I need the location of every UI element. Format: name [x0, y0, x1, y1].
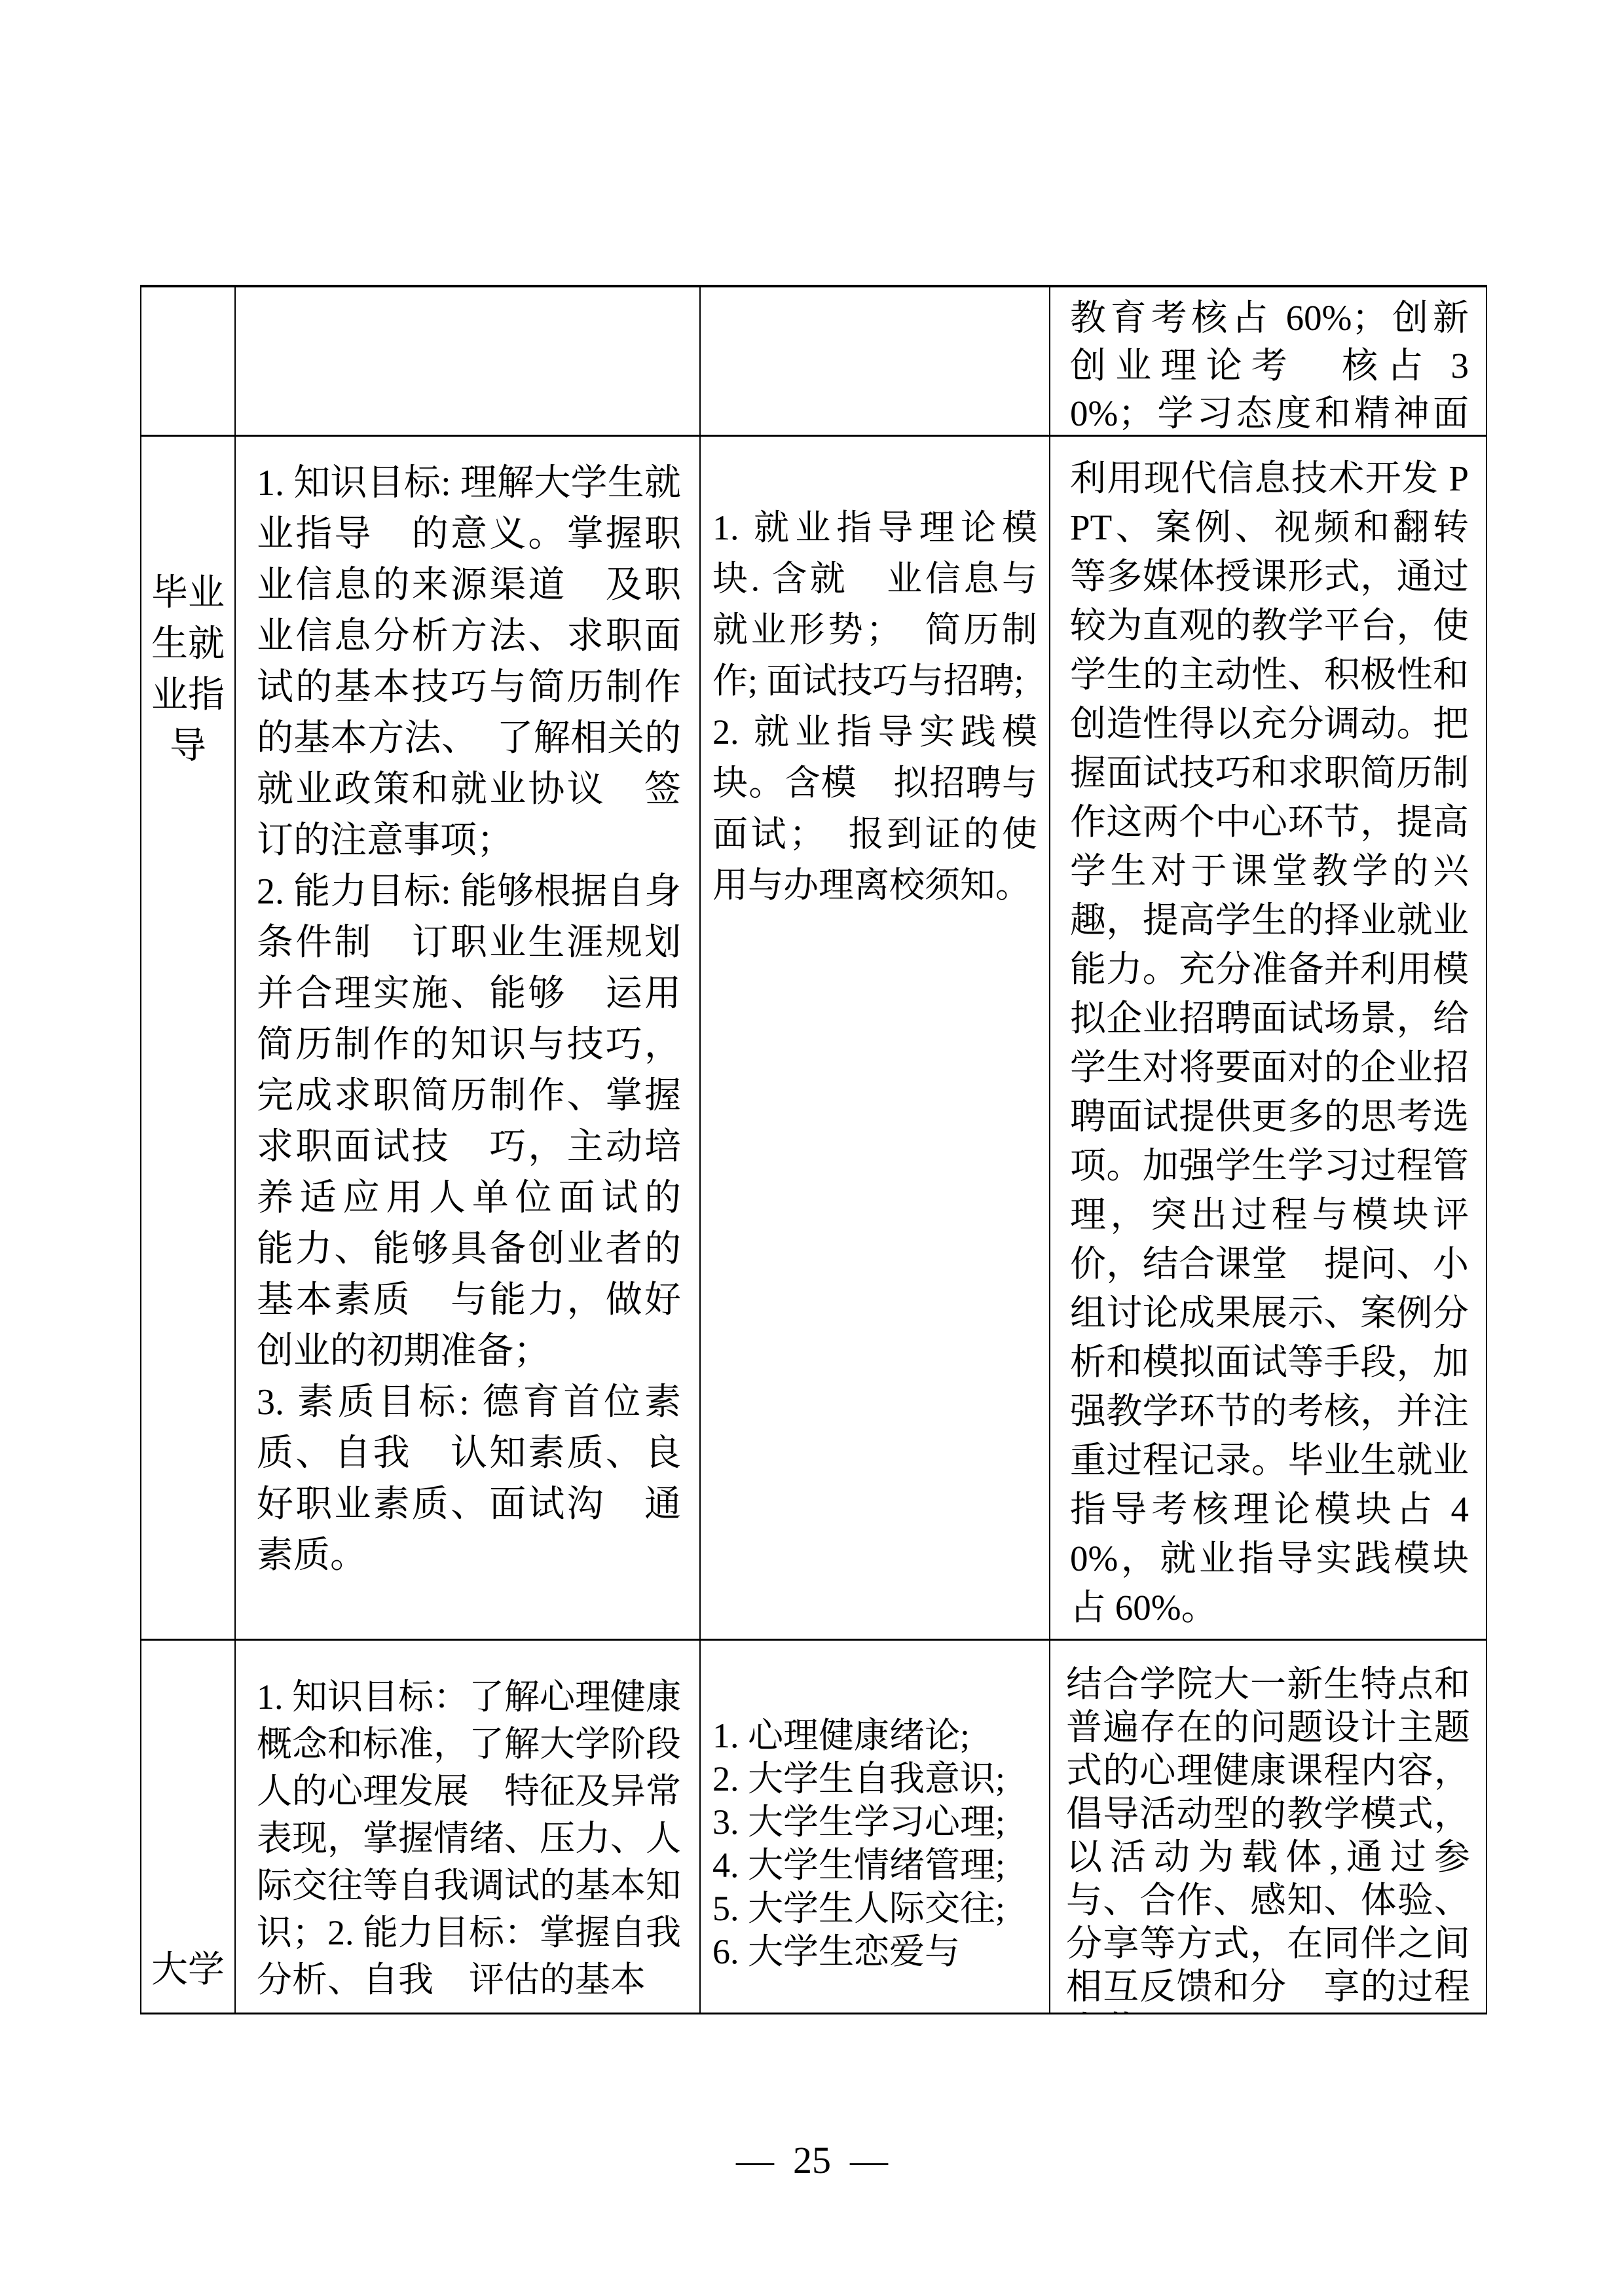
- cell-text: 教育考核占 60%；创新创业理论考 核占 30%；学习态度和精神面貌 占 10%…: [1050, 287, 1486, 437]
- cell-text: 结合学院大一新生特点和普遍存在的问题设计主题式的心理健康课程内容，倡导活动型的教…: [1050, 1641, 1486, 2014]
- document-page: { "page_number": "— 25 —", "table": { "r…: [0, 0, 1624, 2296]
- cell-text: 1. 心理健康绪论; 2. 大学生自我意识; 3. 大学生学习心理; 4. 大学…: [701, 1641, 1049, 1973]
- page-number: — 25 —: [0, 2138, 1624, 2182]
- cell-text: 1. 知识目标: 理解大学生就业指导 的意义。掌握职业信息的来源渠道 及职业信息…: [236, 437, 699, 1581]
- table-cell-row1-modules: [701, 287, 1050, 437]
- cell-text: 1. 知识目标：了解心理健康概念和标准，了解大学阶段人的心理发展 特征及异常表现…: [236, 1641, 699, 2003]
- table-cell-row1-methods: 教育考核占 60%；创新创业理论考 核占 30%；学习态度和精神面貌 占 10%…: [1050, 287, 1487, 437]
- course-name-label: 毕业生就业指导: [141, 437, 234, 772]
- course-name-label: 大学: [141, 1641, 234, 1995]
- table-cell-row1-objectives: [236, 287, 701, 437]
- table-cell-row1-course: [141, 287, 236, 437]
- table-cell-row3-methods: 结合学院大一新生特点和普遍存在的问题设计主题式的心理健康课程内容，倡导活动型的教…: [1050, 1641, 1487, 2014]
- table-cell-row2-methods: 利用现代信息技术开发 PPT、案例、视频和翻转等多媒体授课形式，通过较为直观的教…: [1050, 437, 1487, 1641]
- table-cell-row2-objectives: 1. 知识目标: 理解大学生就业指导 的意义。掌握职业信息的来源渠道 及职业信息…: [236, 437, 701, 1641]
- table-cell-row3-course: 大学: [141, 1641, 236, 2014]
- cell-text: 利用现代信息技术开发 PPT、案例、视频和翻转等多媒体授课形式，通过较为直观的教…: [1050, 437, 1486, 1632]
- table-cell-row2-modules: 1. 就业指导理论模块. 含就 业信息与就业形势； 简历制作; 面试技巧与招聘;…: [701, 437, 1050, 1641]
- table-cell-row2-course: 毕业生就业指导: [141, 437, 236, 1641]
- cell-text: 1. 就业指导理论模块. 含就 业信息与就业形势； 简历制作; 面试技巧与招聘;…: [701, 437, 1049, 911]
- course-table: 教育考核占 60%；创新创业理论考 核占 30%；学习态度和精神面貌 占 10%…: [140, 285, 1487, 2014]
- table-cell-row3-modules: 1. 心理健康绪论; 2. 大学生自我意识; 3. 大学生学习心理; 4. 大学…: [701, 1641, 1050, 2014]
- table-cell-row3-objectives: 1. 知识目标：了解心理健康概念和标准，了解大学阶段人的心理发展 特征及异常表现…: [236, 1641, 701, 2014]
